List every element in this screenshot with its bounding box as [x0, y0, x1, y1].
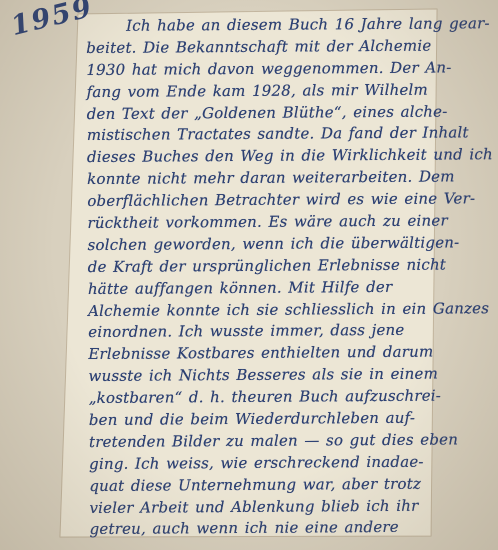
manuscript-line: Alchemie konnte ich sie schliesslich in … — [88, 298, 488, 323]
manuscript-line: Ich habe an diesem Buch 16 Jahre lang ge… — [86, 13, 486, 38]
manuscript-line: quat diese Unternehmung war, aber trotz — [89, 473, 489, 498]
manuscript-line: beitet. Die Bekanntschaft mit der Alchem… — [86, 35, 486, 60]
manuscript-line: vieler Arbeit und Ablenkung blieb ich ih… — [89, 495, 489, 520]
manuscript-line: dieses Buches den Weg in die Wirklichkei… — [87, 145, 487, 170]
manuscript-line: „kostbaren“ d. h. theuren Buch aufzuschr… — [89, 385, 489, 410]
manuscript-photo: 1959 Ich habe an diesem Buch 16 Jahre la… — [0, 0, 498, 550]
manuscript-text: Ich habe an diesem Buch 16 Jahre lang ge… — [86, 13, 490, 541]
manuscript-line: wusste ich Nichts Besseres als sie in ei… — [88, 363, 488, 388]
manuscript-line: hätte auffangen können. Mit Hilfe der — [88, 276, 488, 301]
manuscript-line: solchen geworden, wenn ich die überwälti… — [88, 232, 488, 257]
manuscript-line: konnte nicht mehr daran weiterarbeiten. … — [87, 166, 487, 191]
manuscript-line: rücktheit vorkommen. Es wäre auch zu ein… — [87, 210, 487, 235]
manuscript-line: den Text der „Goldenen Blüthe“, eines al… — [87, 101, 487, 126]
manuscript-line: getreu, auch wenn ich nie eine andere — [90, 517, 490, 542]
manuscript-line: oberflächlichen Betrachter wird es wie e… — [87, 188, 487, 213]
manuscript-line: 1930 hat mich davon weggenommen. Der An- — [86, 57, 486, 82]
manuscript-line: ging. Ich weiss, wie erschreckend inadae… — [89, 451, 489, 476]
manuscript-line: ben und die beim Wiederdurchleben auf- — [89, 407, 489, 432]
manuscript-line: fang vom Ende kam 1928, als mir Wilhelm — [86, 79, 486, 104]
manuscript-line: de Kraft der ursprünglichen Erlebnisse n… — [88, 254, 488, 279]
manuscript-line: einordnen. Ich wusste immer, dass jene — [88, 320, 488, 345]
manuscript-line: tretenden Bilder zu malen — so gut dies … — [89, 429, 489, 454]
manuscript-line: Erlebnisse Kostbares enthielten und daru… — [88, 342, 488, 367]
manuscript-line: mistischen Tractates sandte. Da fand der… — [87, 123, 487, 148]
